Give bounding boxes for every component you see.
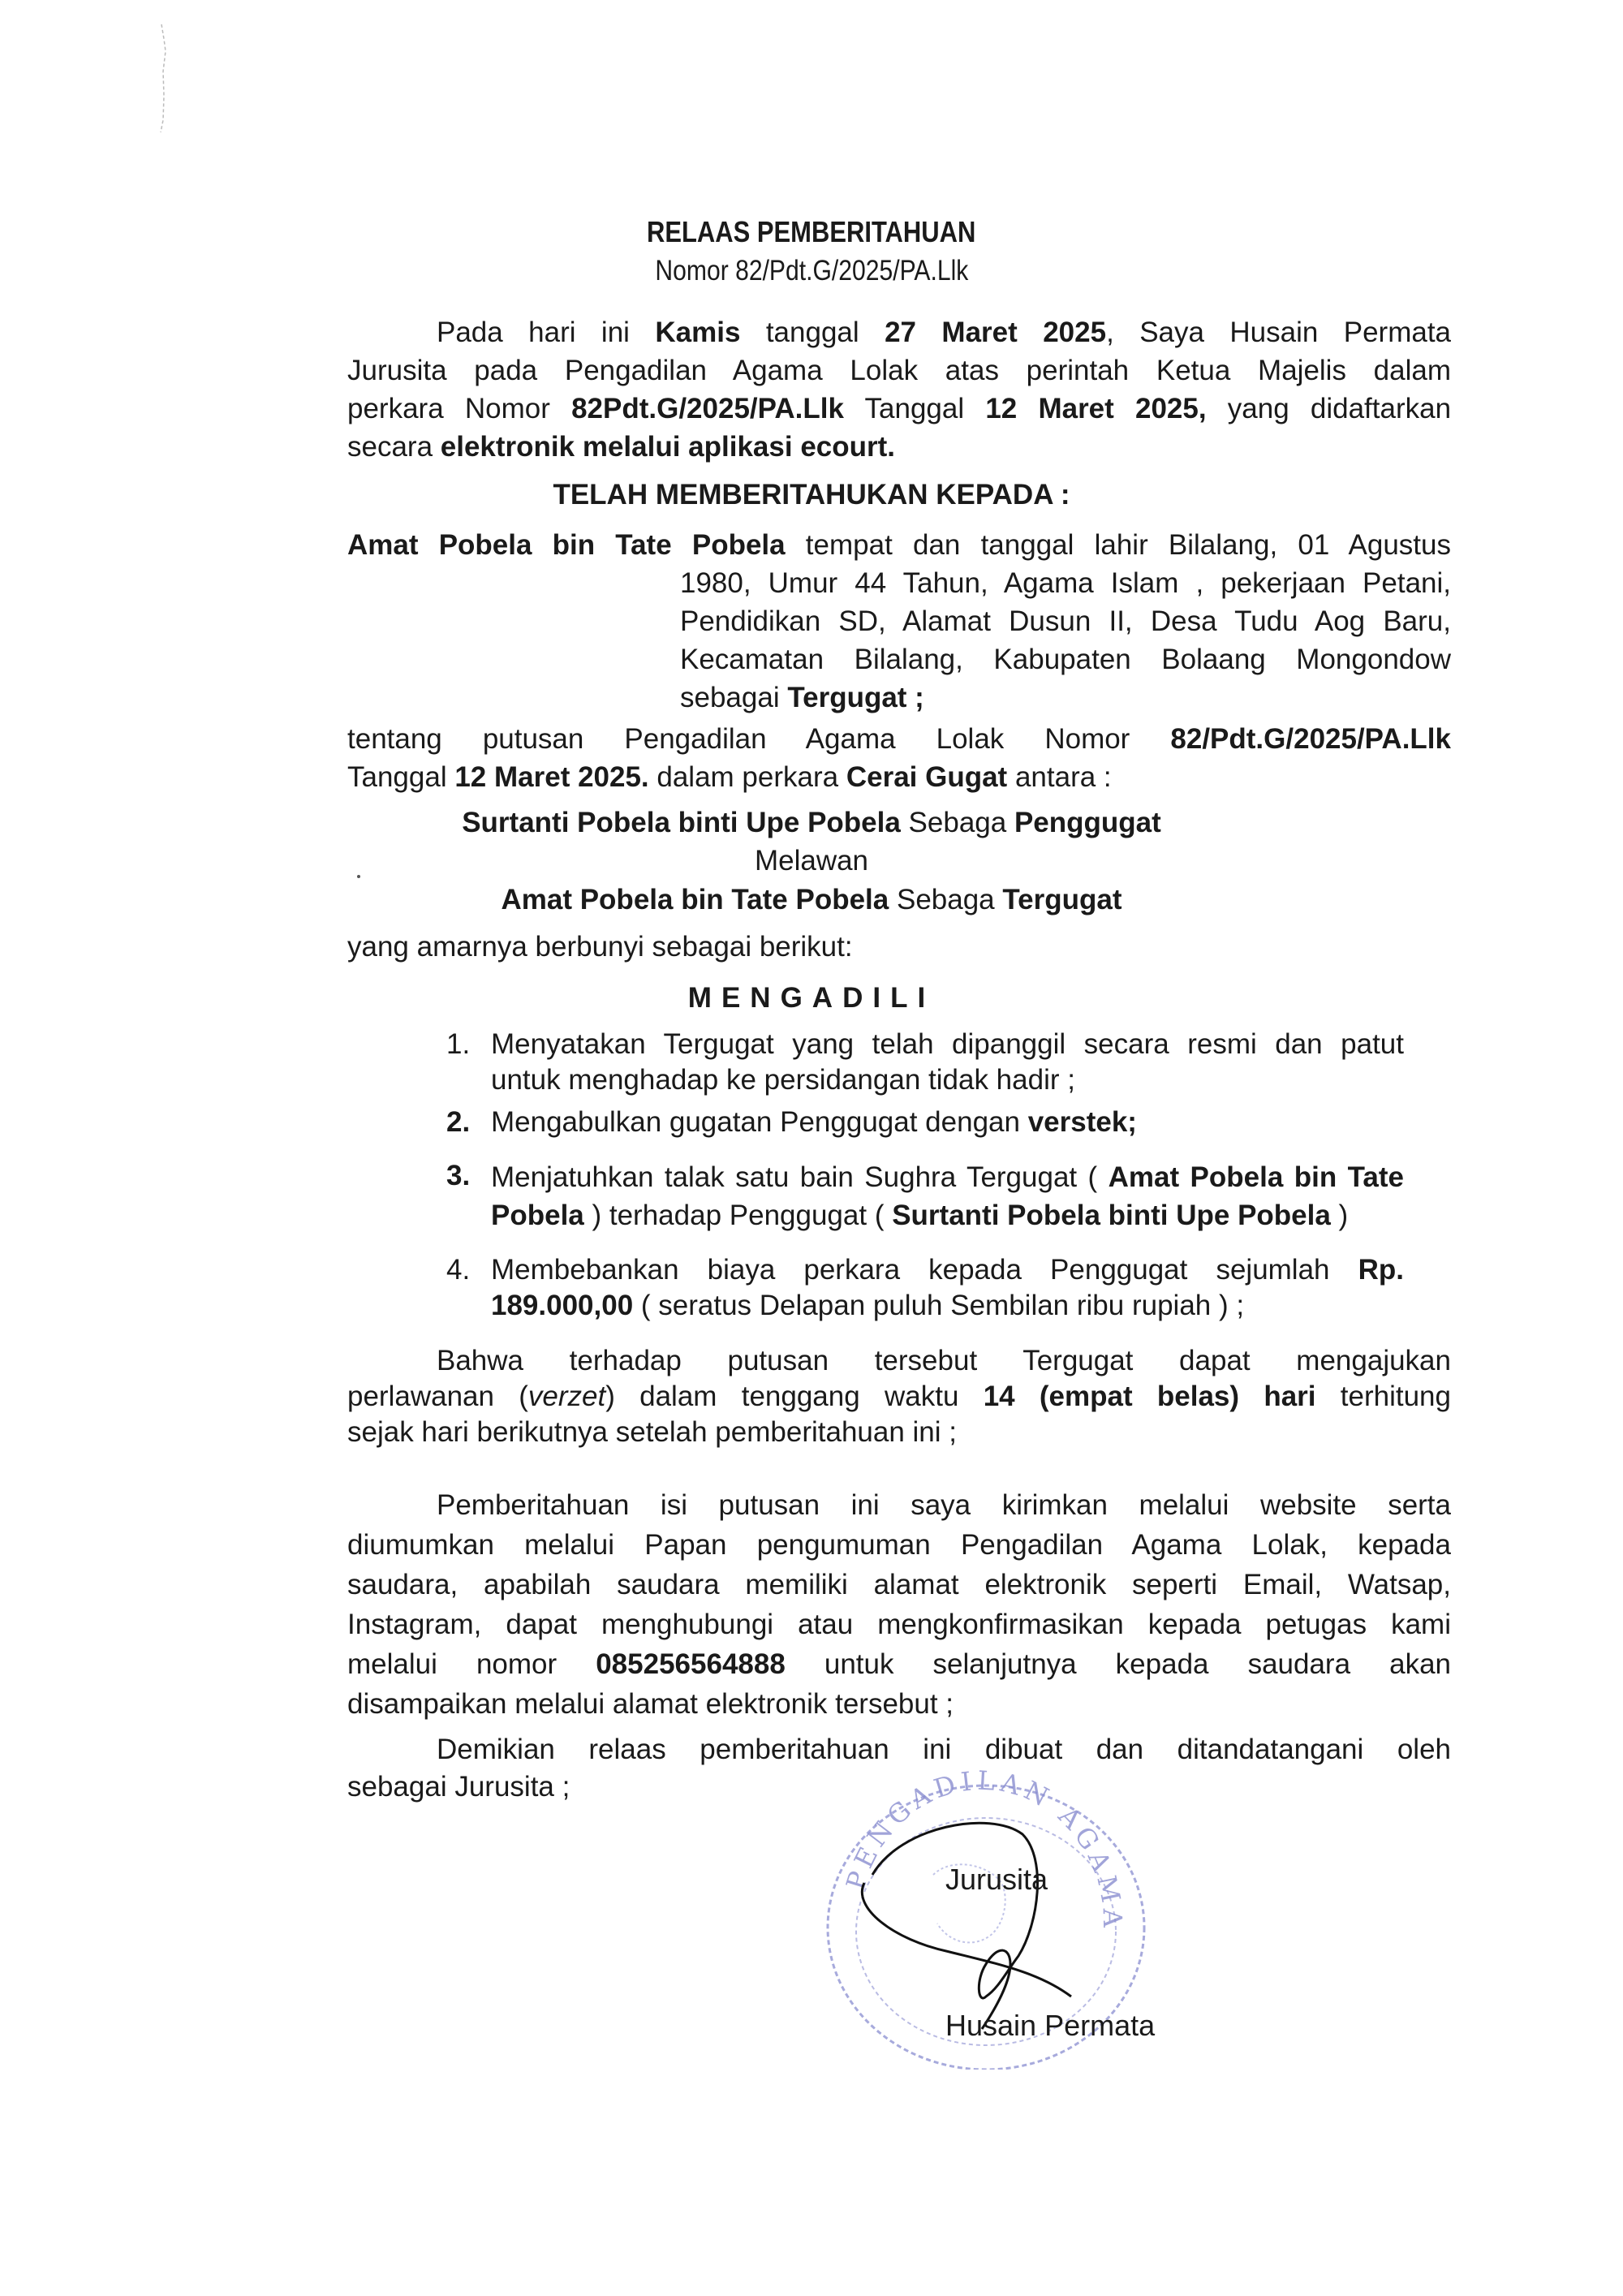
verdict-item: 3. Menjatuhkan talak satu bain Sughra Te… — [446, 1158, 1404, 1234]
verdict-intro: yang amarnya berbunyi sebagai berikut: — [347, 928, 1451, 966]
signer-role: Jurusita — [945, 1863, 1048, 1897]
versus-label: Melawan — [0, 842, 1623, 880]
notice-paragraph: Pemberitahuan isi putusan ini saya kirim… — [347, 1485, 1451, 1724]
signature-area: PENGADILAN AGAMA LOLAK Jurusita Husain P… — [803, 1761, 1160, 2070]
relaas-document: RELAAS PEMBERITAHUAN Nomor 82/Pdt.G/2025… — [0, 0, 1623, 2296]
defendant-line: Amat Pobela bin Tate Pobela Sebaga Tergu… — [0, 881, 1623, 919]
signer-name: Husain Permata — [945, 2009, 1155, 2043]
scan-artifact-mark — [158, 23, 168, 136]
verdict-list: 1. Menyatakan Tergugat yang telah dipang… — [446, 1027, 1404, 1330]
contact-phone: 085256564888 — [596, 1648, 786, 1680]
verdict-item: 2. Mengabulkan gugatan Penggugat dengan … — [446, 1105, 1404, 1140]
verzet-paragraph: Bahwa terhadap putusan tersebut Tergugat… — [347, 1343, 1451, 1450]
verdict-item: 1. Menyatakan Tergugat yang telah dipang… — [446, 1027, 1404, 1098]
recipient-name: Amat Pobela bin Tate Pobela — [347, 529, 786, 561]
recipient-block: Amat Pobela bin Tate Pobela tempat dan t… — [347, 526, 1451, 717]
verdict-item: 4. Membebankan biaya perkara kepada Peng… — [446, 1252, 1404, 1324]
opening-paragraph: Pada hari ini Kamis tanggal 27 Maret 202… — [347, 313, 1451, 466]
recipient-heading: TELAH MEMBERITAHUKAN KEPADA : — [0, 479, 1623, 511]
document-number: Nomor 82/Pdt.G/2025/PA.Llk — [0, 252, 1623, 290]
decision-reference: tentang putusan Pengadilan Agama Lolak N… — [347, 720, 1451, 796]
plaintiff-line: Surtanti Pobela binti Upe Pobela Sebaga … — [0, 803, 1623, 842]
document-title: RELAAS PEMBERITAHUAN — [0, 213, 1623, 251]
svg-text:PENGADILAN AGAMA LOLAK: PENGADILAN AGAMA LOLAK — [803, 1761, 1128, 1932]
verdict-heading: MENGADILI — [0, 982, 1623, 1014]
